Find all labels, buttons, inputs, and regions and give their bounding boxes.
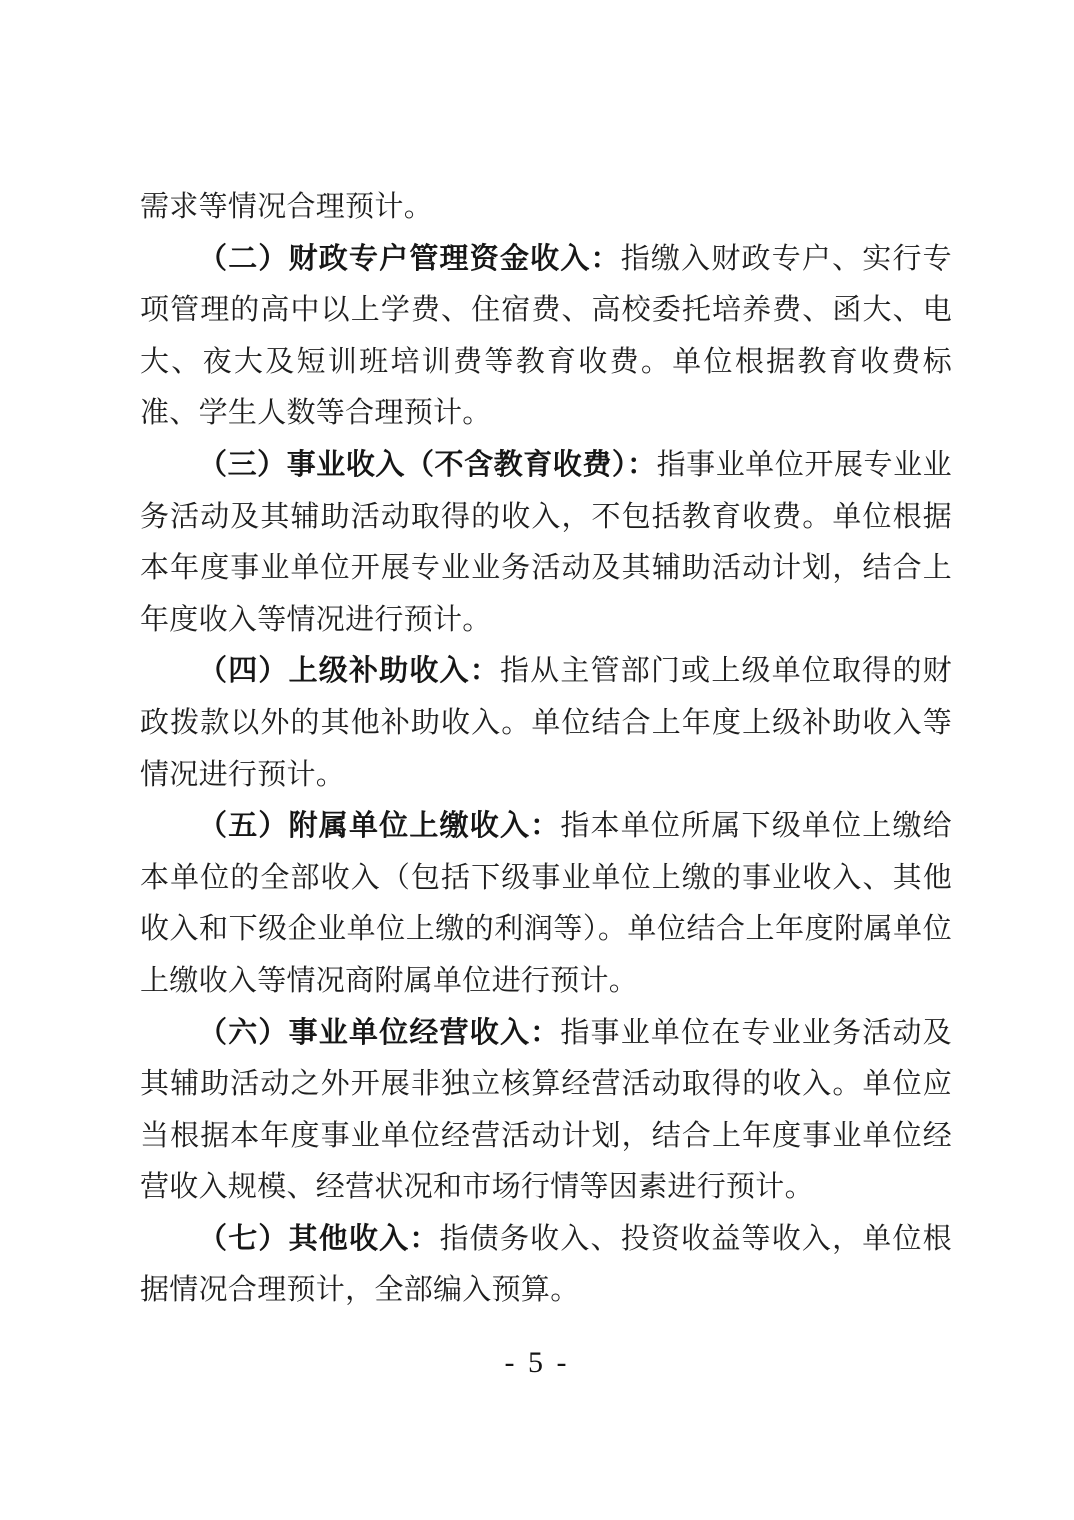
paragraph-item-4: （四）上级补助收入：指从主管部门或上级单位取得的财政拨款以外的其他补助收入。单位… (140, 646, 952, 801)
document-body: 需求等情况合理预计。 （二）财政专户管理资金收入：指缴入财政专户、实行专项管理的… (140, 182, 952, 1317)
paragraph-item-7: （七）其他收入：指债务收入、投资收益等收入，单位根据情况合理预计，全部编入预算。 (140, 1214, 952, 1317)
page-number: - 5 - (0, 1346, 1074, 1380)
paragraph-heading: （二）财政专户管理资金收入： (198, 243, 621, 275)
paragraph-heading: （三）事业收入（不含教育收费）： (198, 449, 657, 481)
document-page: 需求等情况合理预计。 （二）财政专户管理资金收入：指缴入财政专户、实行专项管理的… (0, 0, 1074, 1520)
paragraph-item-5: （五）附属单位上缴收入：指本单位所属下级单位上缴给本单位的全部收入（包括下级事业… (140, 801, 952, 1007)
paragraph-heading: （五）附属单位上缴收入： (198, 810, 560, 842)
paragraph-heading: （四）上级补助收入： (198, 655, 500, 687)
paragraph-item-6: （六）事业单位经营收入：指事业单位在专业业务活动及其辅助活动之外开展非独立核算经… (140, 1008, 952, 1214)
paragraph-item-3: （三）事业收入（不含教育收费）：指事业单位开展专业业务活动及其辅助活动取得的收入… (140, 440, 952, 646)
paragraph-item-2: （二）财政专户管理资金收入：指缴入财政专户、实行专项管理的高中以上学费、住宿费、… (140, 234, 952, 440)
paragraph-continuation: 需求等情况合理预计。 (140, 182, 952, 234)
paragraph-heading: （七）其他收入： (198, 1223, 440, 1255)
paragraph-body-text: 需求等情况合理预计。 (140, 191, 433, 223)
paragraph-heading: （六）事业单位经营收入： (198, 1017, 560, 1049)
